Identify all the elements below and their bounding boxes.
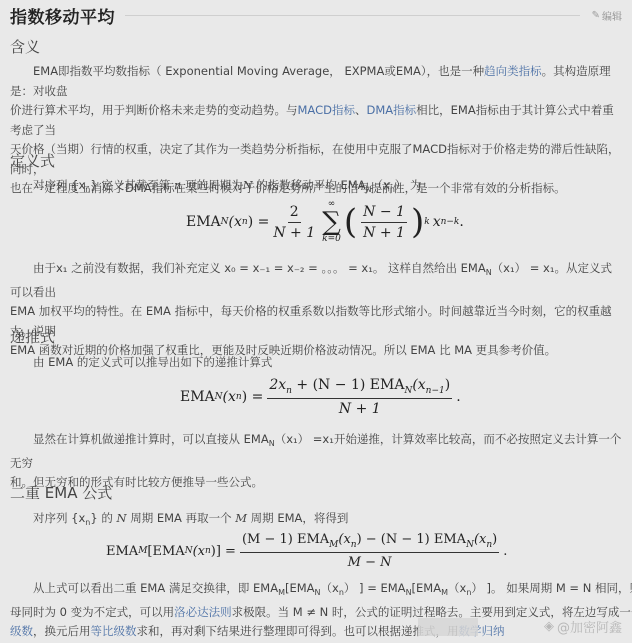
text-line: EMA 加权平均的特性。在 EMA 指标中，每天价格的权重系数以指数等比形式缩小… — [10, 302, 622, 341]
text-line: 显然在计算机做递推计算时，可以直接从 EMAN（x₁） =x₁开始递推，计算效率… — [10, 430, 622, 473]
formula-text: (x — [229, 214, 242, 230]
formula-text: + (N − 1) EMA — [292, 377, 404, 393]
link-macd[interactable]: MACD指标 — [298, 103, 355, 117]
text-line: 从上式可以看出二重 EMA 满足交换律，即 EMAM[EMAN（xn） ] = … — [10, 579, 622, 603]
numerator: N − 1 — [361, 204, 407, 223]
fraction: (M − 1) EMAM(xn) − (N − 1) EMAN(xn) M − … — [240, 532, 499, 570]
numerator: 2xn + (N − 1) EMAN(xn−1) — [267, 377, 452, 399]
sigma-icon: ∑ — [322, 209, 341, 235]
formula-text: n−1 — [426, 386, 445, 396]
text: 由于x₁ 之前没有数据，我们补充定义 x₀ = x₋₁ = x₋₂ = 。。。 … — [33, 261, 486, 275]
formula-text: N — [215, 392, 223, 402]
text: M — [441, 588, 448, 597]
double-ema-intro: 对序列 {xn} 的 N 周期 EMA 再取一个 M 周期 EMA，将得到 — [10, 509, 622, 533]
text-line: 母同时为 0 变为不定式，可以用洛必达法则求极限。当 M ≠ N 时，公式的证明… — [10, 603, 622, 623]
recursive-intro: 由 EMA 的定义式可以推导出如下的递推计算式 — [10, 353, 622, 373]
right-paren: ) — [411, 205, 424, 239]
formula-text: N — [221, 217, 229, 227]
formula-text: 2x — [269, 377, 286, 393]
denominator: N + 1 — [273, 223, 315, 241]
definition-intro: 对序列 {xn} 定义其截至第 n 项的周期为N 的指数移动平均 EMAN（xn… — [10, 176, 622, 200]
text: ） ] = EMA — [344, 581, 406, 595]
text: M — [235, 511, 247, 525]
formula-text: (x — [412, 377, 425, 393]
text: 对序列 {x — [33, 511, 85, 525]
text: 价进行算术平均，用于判断价格未来走势的变动趋势。与 — [10, 103, 298, 117]
text: [EMA — [285, 581, 315, 595]
numerator: (M − 1) EMAM(xn) − (N − 1) EMAN(xn) — [240, 532, 499, 553]
text: M — [278, 588, 285, 597]
fraction: 2xn + (N − 1) EMAN(xn−1) N + 1 — [267, 377, 452, 417]
text: 周期 EMA，将得到 — [247, 511, 348, 525]
formula-text: ) − (N − 1) EMA — [357, 532, 467, 547]
text: （x — [448, 581, 466, 595]
formula-text: (x — [474, 532, 486, 547]
text: } 的 — [90, 511, 116, 525]
section-heading-double-ema: 二重 EMA 公式 — [10, 482, 112, 503]
formula-text: M — [138, 546, 147, 556]
text: N — [117, 511, 127, 525]
document-page: 指数移动平均 ✎ 编辑 含义 EMA即指数平均数指标（ Exponential … — [0, 0, 632, 643]
formula-text: ) = — [242, 389, 264, 405]
text: （x — [321, 581, 339, 595]
text: （x — [372, 178, 390, 192]
text: N — [243, 178, 253, 192]
page-title: 指数移动平均 — [10, 3, 115, 28]
formula-text: EMA — [106, 544, 138, 559]
double-ema-paragraph: 从上式可以看出二重 EMA 满足交换律，即 EMAM[EMAN（xn） ] = … — [10, 579, 622, 642]
formula-text: [EMA — [147, 544, 184, 559]
text: 由 EMA 的定义式可以推导出如下的递推计算式 — [33, 355, 272, 369]
title-divider — [125, 15, 580, 16]
formula-text: N — [185, 546, 193, 556]
text: 从上式可以看出二重 EMA 满足交换律，即 EMA — [33, 581, 278, 595]
formula-text: . — [503, 544, 507, 559]
text: ） ]。 如果周期 M = N 相同，则分子分 — [471, 581, 632, 595]
watermark: ◈ @加密阿鑫 — [544, 617, 622, 636]
formula-text: n−k — [441, 217, 460, 227]
exponent: k — [424, 217, 429, 227]
text: 对序列 {x — [33, 178, 85, 192]
link-dma[interactable]: DMA指标 — [366, 103, 416, 117]
link-series[interactable]: 级数 — [10, 624, 33, 638]
edit-button[interactable]: ✎ 编辑 — [592, 8, 622, 23]
ema-recursive-formula: EMAN(xn) = 2xn + (N − 1) EMAN(xn−1) N + … — [180, 377, 461, 417]
denominator: M − N — [348, 553, 392, 570]
sum-lower: k=0 — [322, 235, 341, 244]
formula-text: (x — [223, 389, 236, 405]
pencil-icon: ✎ — [592, 10, 600, 21]
formula-text: N — [466, 540, 474, 550]
section-heading-recursive: 递推式 — [10, 326, 55, 347]
formula-text: ) — [492, 532, 497, 547]
link-trend-indicator[interactable]: 趋向类指标 — [484, 64, 542, 78]
formula-text: EMA — [186, 214, 221, 230]
formula-text: (M − 1) EMA — [242, 532, 329, 547]
denominator: N + 1 — [363, 223, 405, 241]
formula-text: EMA — [180, 389, 215, 405]
text: [EMA — [412, 581, 442, 595]
formula-text: (x — [193, 544, 205, 559]
double-ema-formula: EMAM[EMAN(xn)] = (M − 1) EMAM(xn) − (N −… — [106, 532, 507, 570]
formula-text: M — [329, 540, 338, 550]
watermark-text: @加密阿鑫 — [557, 617, 622, 636]
edit-label: 编辑 — [602, 8, 622, 23]
formula-text: . — [456, 389, 460, 405]
section-heading-definition: 定义式 — [10, 150, 55, 171]
text: } 定义其截至第 — [90, 178, 174, 192]
section-heading-meaning: 含义 — [10, 36, 40, 57]
formula-text: ) = — [248, 214, 270, 230]
formula-text: ) — [445, 377, 450, 393]
text: 、 — [355, 103, 367, 117]
definition-paragraph: 由于x₁ 之前没有数据，我们补充定义 x₀ = x₋₁ = x₋₂ = 。。。 … — [10, 259, 622, 361]
text: 的指数移动平均 EMA — [253, 178, 366, 192]
text: 项的周期为 — [181, 178, 242, 192]
denominator: N + 1 — [339, 399, 381, 417]
blurred-region — [418, 618, 478, 636]
text: 母同时为 0 变为不定式，可以用 — [10, 605, 174, 619]
logo-icon: ◈ — [544, 619, 554, 634]
text: EMA即指数平均数指标（ Exponential Moving Average，… — [33, 64, 484, 78]
summation: ∞∑k=0 — [322, 200, 341, 244]
formula-text: (x — [338, 532, 350, 547]
text: 周期 EMA 再取一个 — [127, 511, 236, 525]
fraction: N − 1N + 1 — [361, 204, 407, 241]
ema-definition-formula: EMAN(xn) = 2N + 1 ∞∑k=0 ( N − 1N + 1 )k … — [186, 200, 464, 244]
text: ，换元后用 — [33, 624, 91, 638]
text: 显然在计算机做递推计算时，可以直接从 EMA — [33, 432, 269, 446]
text: 求和，再对剩下结果进行整理即可得到。也可以根据递推式，用 — [137, 624, 459, 638]
text-line: 级数，换元后用等比级数求和，再对剩下结果进行整理即可得到。也可以根据递推式，用数… — [10, 622, 622, 642]
text-line: 天价格（当期）行情的权重，决定了其作为一类趋势分析指标，在使用中克服了MACD指… — [10, 140, 622, 179]
text-line: 价进行算术平均，用于判断价格未来走势的变动趋势。与MACD指标、DMA指标相比，… — [10, 101, 622, 140]
text: ） 为 — [395, 178, 422, 192]
text-line: EMA即指数平均数指标（ Exponential Moving Average，… — [10, 62, 622, 101]
formula-text: . — [459, 214, 463, 230]
link-geometric-series[interactable]: 等比级数 — [91, 624, 137, 638]
title-row: 指数移动平均 ✎ 编辑 — [10, 2, 622, 28]
fraction: 2N + 1 — [273, 204, 315, 241]
formula-text: )] = — [211, 544, 236, 559]
link-lhopital-rule[interactable]: 洛必达法则 — [174, 605, 232, 619]
text-line: 由于x₁ 之前没有数据，我们补充定义 x₀ = x₋₁ = x₋₂ = 。。。 … — [10, 259, 622, 302]
left-paren: ( — [344, 205, 357, 239]
formula-text: x — [433, 214, 441, 230]
numerator: 2 — [288, 204, 301, 223]
